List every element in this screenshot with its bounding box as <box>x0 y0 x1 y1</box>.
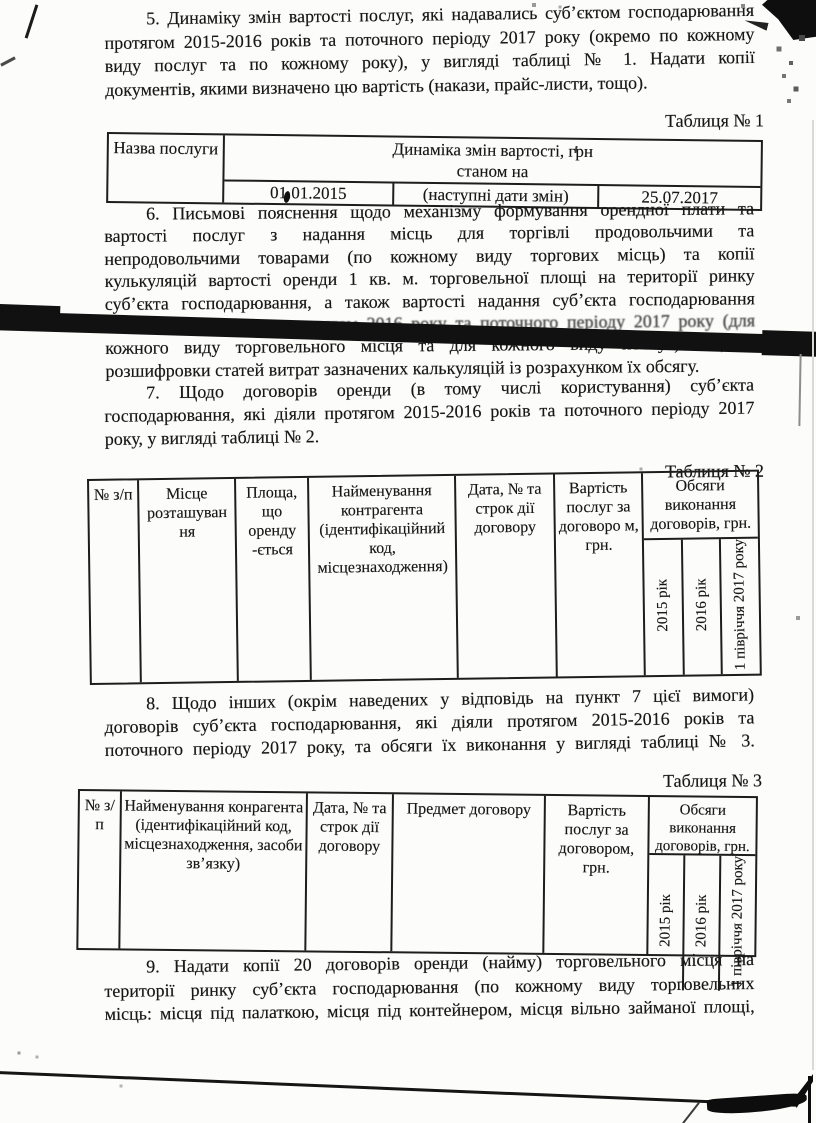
table3-col-counterparty: Найменування конрагента (ідентифікаційни… <box>120 791 308 950</box>
scan-bottom-line <box>0 1071 797 1106</box>
paragraph-8: 8. Щодо інших (окрім наведених у відпові… <box>104 683 755 762</box>
table2-col-area: Площа, що оренду -ється <box>236 478 312 681</box>
table2-col-counterparty: Найменування контрагента (ідентифікаційн… <box>309 476 459 680</box>
vertical-label: 2015 рік <box>657 894 675 947</box>
table3-col-cost: Вартість послуг за договором, грн. <box>544 796 650 954</box>
table2-vol-2015: 2015 рік <box>644 539 685 675</box>
scan-dash-artifact <box>0 56 16 66</box>
table3-col-date: Дата, № та строк дії договору <box>306 793 394 951</box>
table2-col-place: Місце розташуван ня <box>139 479 239 682</box>
vertical-label: 2016 рік <box>693 578 711 631</box>
vertical-label: 1 півріччя 2017 року <box>731 539 750 670</box>
page-edge-shadow <box>812 120 814 1070</box>
redaction-bar-tail <box>762 330 816 357</box>
table2: № з/п Місце розташуван ня Площа, що орен… <box>87 470 762 685</box>
vertical-label: 2015 рік <box>654 579 672 632</box>
scan-corner-blob <box>762 0 816 40</box>
checkmark-vertical <box>808 1076 811 1123</box>
paragraph-7: 7. Щодо договорів оренди (в тому числі к… <box>104 373 755 451</box>
checkmark-swoosh <box>707 1093 808 1116</box>
table3-volumes-header: Обсяги виконання договорів, грн. <box>649 797 756 856</box>
redaction-trailing-line <box>798 354 801 426</box>
table2-col-date: Дата, № та строк дії договору <box>456 474 558 677</box>
table3-col-subject: Предмет договору <box>392 794 546 953</box>
table2-vol-2016: 2016 рік <box>683 539 724 675</box>
paragraph-9: 9. Надати копії 20 договорів оренди (най… <box>104 948 755 1026</box>
table2-col-num: № з/п <box>89 480 142 683</box>
table1-header: Динаміка змін вартості, грн станом на <box>224 135 761 188</box>
table2-vol-2017: 1 півріччя 2017 року <box>721 538 760 674</box>
table2-volumes-header: Обсяги виконання договорів, грн. <box>643 472 758 540</box>
checkmark-hairline <box>682 1102 700 1123</box>
table2-col-cost: Вартість послуг за договоро м, грн. <box>555 473 646 676</box>
table2-col-volumes: Обсяги виконання договорів, грн. 2015 рі… <box>643 472 760 676</box>
paragraph-5: 5. Динаміку змін вартості послуг, які на… <box>104 0 755 102</box>
table3-col-volumes: Обсяги виконання договорів, грн. 2015 рі… <box>648 797 756 955</box>
table3-col-num: № з/п <box>78 791 122 948</box>
scan-slash-artifact <box>25 4 39 38</box>
table1-label: Таблиця № 1 <box>104 110 764 134</box>
paragraph-6: 6. Письмові пояснення щодо механізму фор… <box>104 197 756 382</box>
table3: № з/п Найменування конрагента (ідентифік… <box>76 789 758 957</box>
table1-col-service: Назва послуги <box>108 134 225 202</box>
vertical-label: 2016 рік <box>693 895 711 948</box>
scan-speckles <box>0 0 2 2</box>
document-page: 5. Динаміку змін вартості послуг, які на… <box>0 0 816 1123</box>
